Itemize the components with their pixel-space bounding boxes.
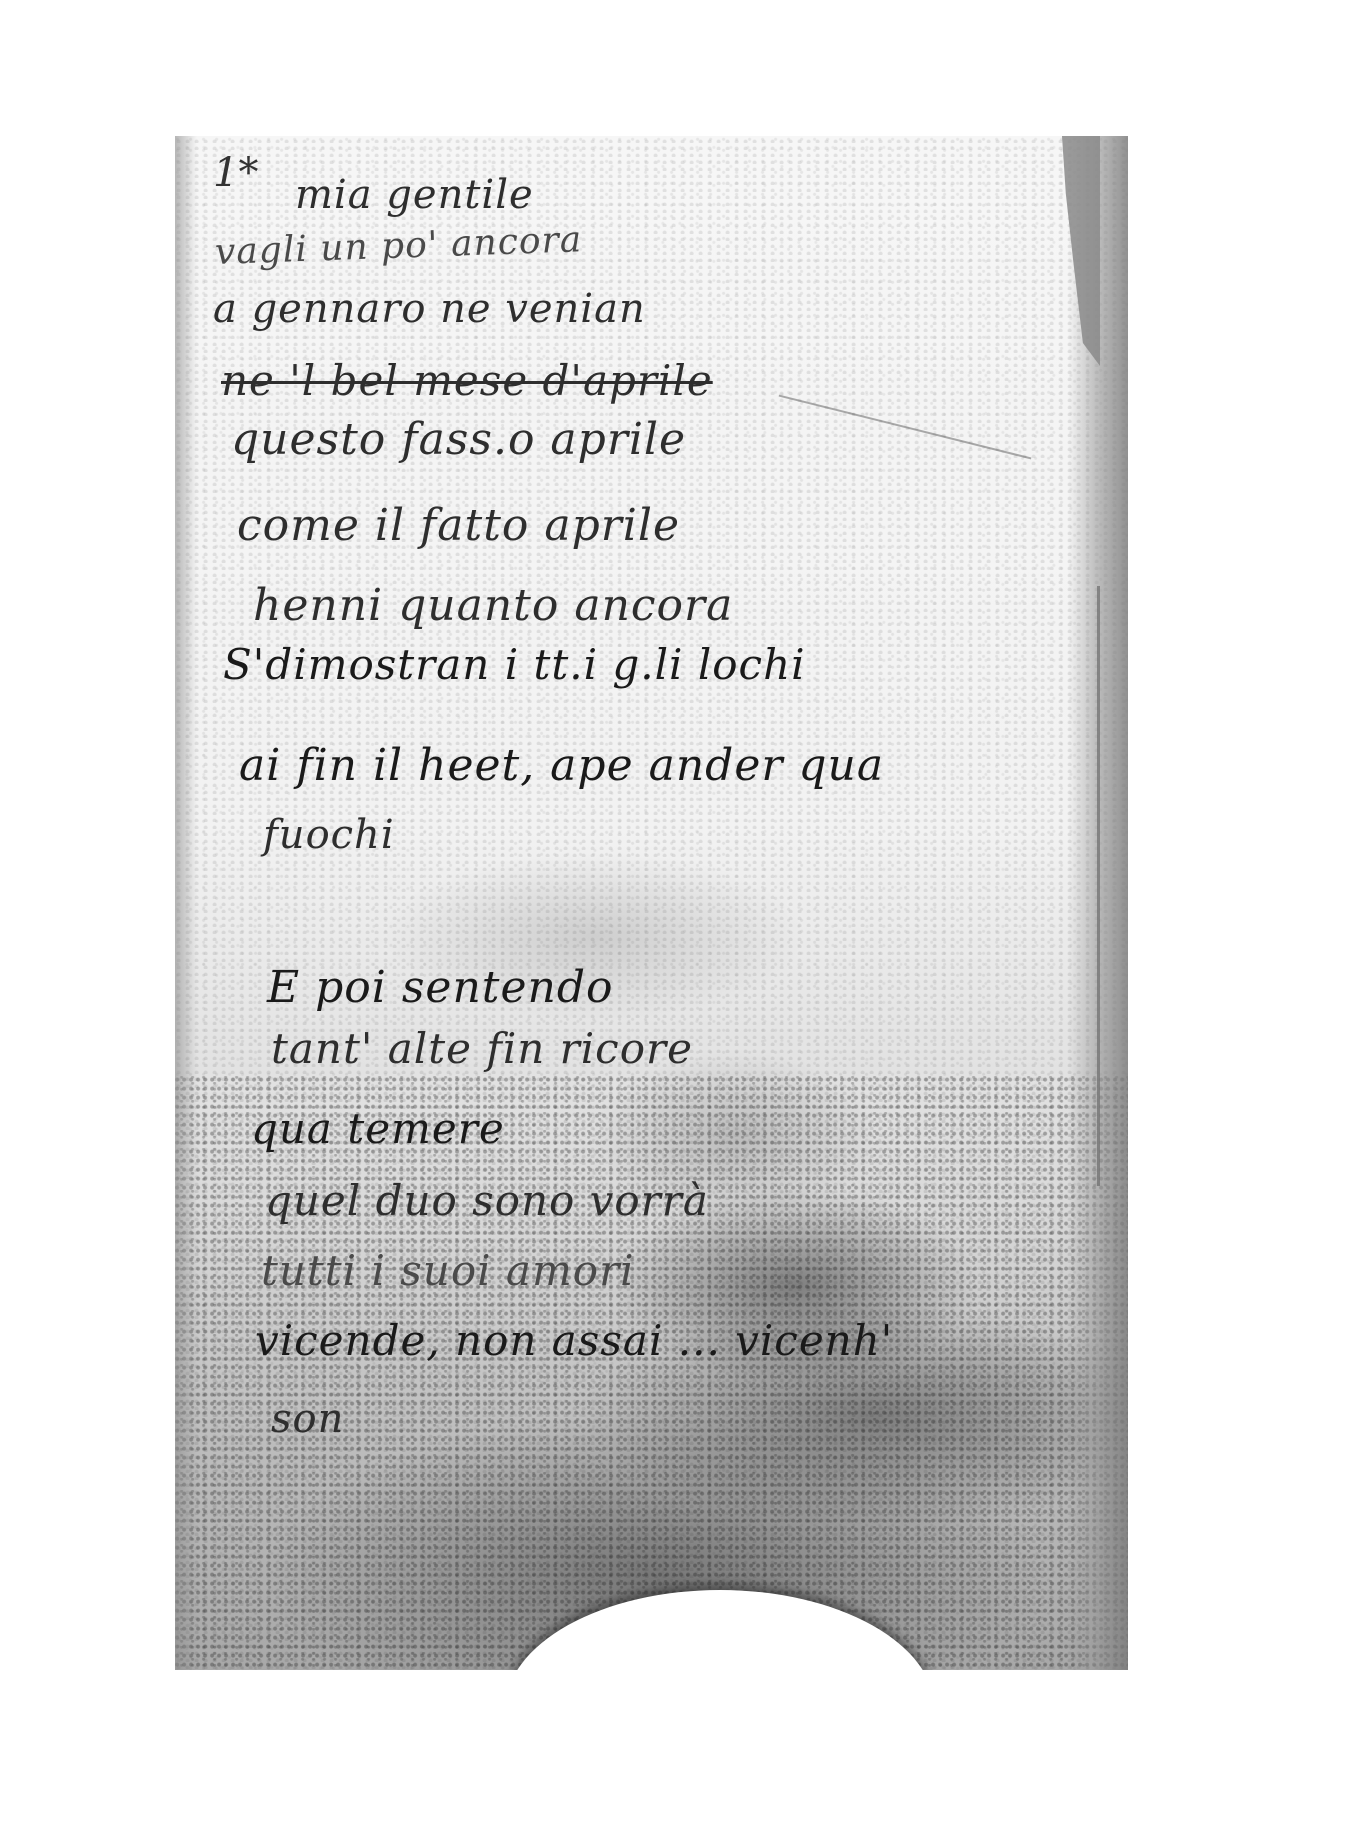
manuscript-line-15: tutti i suoi amori xyxy=(261,1246,635,1295)
manuscript-line-7: henni quanto ancora xyxy=(253,580,733,631)
manuscript-line-4: ne 'l bel mese d'aprile xyxy=(221,356,713,405)
manuscript-line-12: tant' alte fin ricore xyxy=(271,1024,693,1073)
manuscript-line-11: E poi sentendo xyxy=(267,962,614,1013)
left-page-edge xyxy=(175,136,197,1670)
water-stain xyxy=(175,1076,1128,1670)
marginal-mark: 1* xyxy=(213,150,258,196)
manuscript-line-9: ai fin il heet, ape ander qua xyxy=(239,740,884,791)
document-page: 1* mia gentile vagli un po' ancora a gen… xyxy=(0,0,1346,1837)
manuscript-line-10: fuochi xyxy=(263,812,395,858)
manuscript-line-17: son xyxy=(271,1396,344,1442)
manuscript-line-14: quel duo sono vorrà xyxy=(265,1176,709,1225)
margin-rule xyxy=(1097,586,1100,1186)
manuscript-scan: 1* mia gentile vagli un po' ancora a gen… xyxy=(175,136,1128,1670)
manuscript-line-16: vicende, non assai ... vicenh' xyxy=(255,1316,893,1365)
manuscript-line-3: a gennaro ne venian xyxy=(213,286,646,332)
manuscript-line-6: come il fatto aprile xyxy=(237,500,680,551)
manuscript-line-1: mia gentile xyxy=(295,172,534,218)
manuscript-line-8: S'dimostran i tt.i g.li lochi xyxy=(223,640,806,689)
manuscript-line-13: qua temere xyxy=(251,1104,505,1153)
manuscript-line-5: questo fass.o aprile xyxy=(231,414,686,465)
